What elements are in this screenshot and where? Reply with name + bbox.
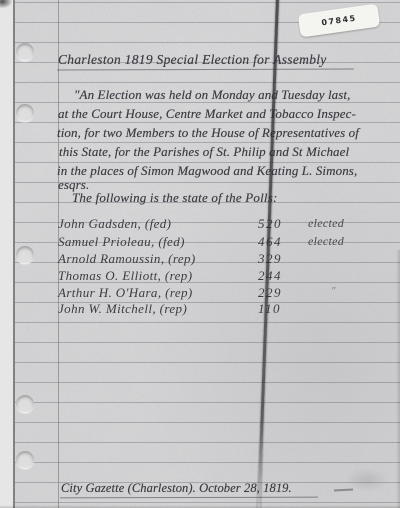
result-note: elected bbox=[308, 216, 344, 231]
punch-hole bbox=[16, 43, 34, 61]
punch-hole bbox=[16, 246, 34, 264]
candidate-name: Arnold Ramoussin, (rep) bbox=[58, 251, 196, 267]
result-note: elected bbox=[308, 234, 344, 249]
punch-hole bbox=[16, 395, 34, 413]
body-line: "An Election was held on Monday and Tues… bbox=[74, 87, 350, 103]
vote-count: 110 bbox=[258, 301, 281, 317]
result-row: Thomas O. Elliott, (rep) 244 bbox=[58, 268, 393, 284]
body-line: in the places of Simon Magwood and Keati… bbox=[57, 163, 357, 179]
vote-count: 464 bbox=[258, 234, 282, 250]
corner-smudge bbox=[0, 0, 12, 8]
punch-hole bbox=[16, 451, 34, 469]
ditto-mark: ″ bbox=[331, 285, 336, 297]
body-line: this State, for the Parishes of St. Phil… bbox=[59, 144, 349, 160]
punch-hole bbox=[16, 104, 34, 122]
result-row: Samuel Prioleau, (fed) 464 elected bbox=[58, 234, 393, 250]
polls-intro: The following is the state of the Polls: bbox=[72, 190, 278, 206]
candidate-name: John Gadsden, (fed) bbox=[58, 216, 171, 232]
body-line: at the Court House, Centre Market and To… bbox=[58, 106, 356, 122]
right-edge-shadow bbox=[396, 250, 400, 508]
archive-label-number: 07845 bbox=[321, 14, 357, 28]
candidate-name: John W. Mitchell, (rep) bbox=[58, 301, 187, 317]
scan-edge-strip bbox=[0, 0, 13, 508]
result-row: Arnold Ramoussin, (rep) 329 bbox=[58, 251, 393, 267]
candidate-name: Samuel Prioleau, (fed) bbox=[58, 234, 185, 250]
result-row: John Gadsden, (fed) 520 elected bbox=[58, 216, 393, 232]
vote-count: 244 bbox=[258, 268, 282, 284]
candidate-name: Arthur H. O'Hara, (rep) bbox=[58, 285, 193, 301]
vote-count: 229 bbox=[258, 285, 282, 301]
result-row: John W. Mitchell, (rep) 110 bbox=[58, 301, 393, 317]
scanned-document-page: 07845 Charleston 1819 Special Election f… bbox=[0, 0, 400, 508]
page-title: Charleston 1819 Special Election for Ass… bbox=[58, 52, 327, 68]
page-edge-line bbox=[13, 0, 15, 508]
body-line: tion, for two Members to the House of Re… bbox=[57, 125, 359, 141]
result-row: Arthur H. O'Hara, (rep) 229 ″ bbox=[58, 285, 393, 301]
vote-count: 329 bbox=[258, 251, 282, 267]
candidate-name: Thomas O. Elliott, (rep) bbox=[58, 268, 192, 284]
